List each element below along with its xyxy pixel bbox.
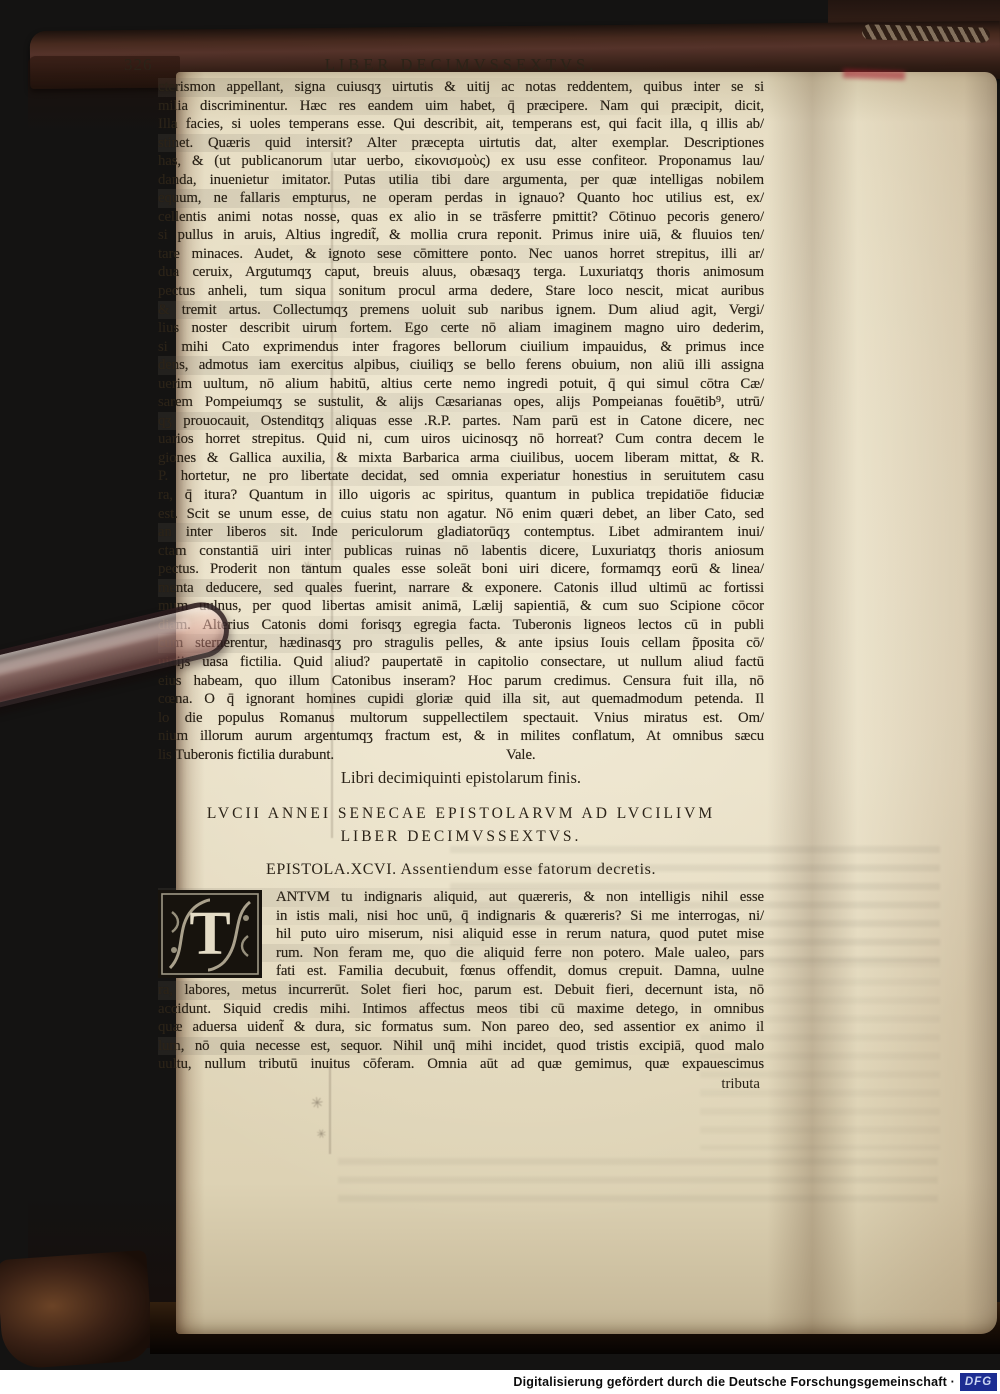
- text-line: lum, nō quia necesse est, sequor. Nihil …: [158, 1037, 764, 1056]
- text-line: milia discriminentur. Hæc res eandem uim…: [158, 97, 764, 116]
- epistola-heading: EPISTOLA.XCVI. Assentiendum esse fatorum…: [158, 860, 764, 880]
- section-title-line2: LIBER DECIMVSSEXTVS.: [158, 825, 764, 848]
- text-line: uultu, nullum tributū inuitus cōferam. O…: [158, 1055, 764, 1074]
- section-title: LVCII ANNEI SENECAE EPISTOLARVM AD LVCIL…: [158, 802, 764, 848]
- initial-letter: T: [189, 900, 230, 968]
- text-line: & tremit artus. Collectumqʒ premens uolu…: [158, 301, 764, 320]
- text-line: accidunt. Siquid credis mihi. Intimos af…: [158, 1000, 764, 1019]
- text-line: est. Scit se unum esse, de cuius statu n…: [158, 505, 764, 524]
- catchword: tributa: [158, 1075, 764, 1093]
- text-line: dens, admotus iam exercitus alpibus, ciu…: [158, 356, 764, 375]
- text-line: mum uulnus, per quod libertas amisit ani…: [158, 597, 764, 616]
- text-line: eius habeam, quo illum Catonibus inseram…: [158, 672, 764, 691]
- book-fifteen-finis: Libri decimiquinti epistolarum finis.: [158, 768, 764, 788]
- text-line: lo die populus Romanus multorum suppelle…: [158, 709, 764, 728]
- text-line: cterismon appellant, signa cuiusqʒ uirtu…: [158, 78, 764, 97]
- text-line: diam. Alterius Catonis domi forisqʒ egre…: [158, 616, 764, 635]
- text-line: menta deducere, sed quales fuerint, narr…: [158, 579, 764, 598]
- text-line: sarem Pompeiumqʒ se sustulit, & alijs Cæ…: [158, 393, 764, 412]
- text-line: ctam constantiā uiri inter publicas ruin…: [158, 542, 764, 561]
- book-cover-bottom-left-corner: [0, 1250, 154, 1370]
- digitized-book-scan: 326 LIBER DECIMVSSEXTVS. cterismon appel…: [0, 0, 1000, 1394]
- text-line: ra, q̄ itura? Quantum in illo uigoris ac…: [158, 486, 764, 505]
- page-number: 326: [124, 55, 153, 75]
- printed-text-area: 326 LIBER DECIMVSSEXTVS. cterismon appel…: [158, 52, 764, 1093]
- marginalia-mark: [310, 1093, 325, 1114]
- epistle-96-text: T ANTVM tu indignaris aliquid, aut quære…: [158, 888, 764, 1073]
- text-line: Illa facies, si uoles temperans esse. Qu…: [158, 115, 764, 134]
- text-line: equum, ne fallaris empturus, ne operam p…: [158, 189, 764, 208]
- text-line: uarios horret strepitus. Quid ni, cum ui…: [158, 430, 764, 449]
- text-line: dua ceruix, Argutumqʒ caput, breuis aluu…: [158, 263, 764, 282]
- text-line: lius noster describit uirum fortem. Ego …: [158, 319, 764, 338]
- text-line: pectus anheli, tum siqua sonitum procul …: [158, 282, 764, 301]
- text-line: has, & (ut publicanorum utar uerbo, εἰκο…: [158, 152, 764, 171]
- epistle-full-lines: ra, labores, metus incurrerūt. Solet fie…: [158, 981, 764, 1074]
- digitization-credit-bar: Digitalisierung gefördert durch die Deut…: [0, 1370, 1000, 1394]
- page-header: 326 LIBER DECIMVSSEXTVS.: [158, 52, 764, 78]
- text-line: danda, inuenietur imitator. Putas utilia…: [158, 171, 764, 190]
- text-line: cellentis animi notas nosse, quas ex ali…: [158, 208, 764, 227]
- text-line: ra, labores, metus incurrerūt. Solet fie…: [158, 981, 764, 1000]
- text-line: qʒ prouocauit, Ostenditqʒ aliquas esse .…: [158, 412, 764, 431]
- text-line: uiuijs uasa fictilia. Quid aliud? pauper…: [158, 653, 764, 672]
- text-line: pectus. Proderit non tantum quales esse …: [158, 560, 764, 579]
- text-line: an inter liberos sit. Inde periculorum g…: [158, 523, 764, 542]
- text-line: cum sternerentur, hædinasqʒ pro straguli…: [158, 634, 764, 653]
- body-last-line: lis Tuberonis fictilia durabunt. Vale.: [158, 746, 764, 765]
- woodcut-initial-T: T: [158, 890, 262, 978]
- last-line-text: lis Tuberonis fictilia durabunt.: [158, 746, 334, 765]
- running-title: LIBER DECIMVSSEXTVS.: [158, 52, 764, 75]
- body-text-lines: cterismon appellant, signa cuiusqʒ uirtu…: [158, 78, 764, 746]
- vale-text: Vale.: [506, 746, 536, 765]
- text-line: si pullus in aruis, Altius ingredit̃, & …: [158, 226, 764, 245]
- text-line: quæ aduersa uident̃ & dura, sic formatus…: [158, 1018, 764, 1037]
- dfg-logo: DFG: [960, 1373, 997, 1391]
- text-line: si mihi Cato exprimendus inter fragores …: [158, 338, 764, 357]
- text-line: cœna. O q̄ ignorant homines cupidi glori…: [158, 690, 764, 709]
- section-title-line1: LVCII ANNEI SENECAE EPISTOLARVM AD LVCIL…: [158, 802, 764, 825]
- text-line: P. hortetur, ne pro libertate decidat, s…: [158, 467, 764, 486]
- credit-text: Digitalisierung gefördert durch die Deut…: [513, 1375, 955, 1389]
- text-line: stinet. Quæris quid intersit? Alter præc…: [158, 134, 764, 153]
- text-line: uerim uultum, nō alium habitū, altius ce…: [158, 375, 764, 394]
- text-line: nium illorum aurum argentumqʒ fractum es…: [158, 727, 764, 746]
- text-line: tare minaces. Audet, & ignoto sese cōmit…: [158, 245, 764, 264]
- text-line: giones & Gallica auxilia, & mixta Barbar…: [158, 449, 764, 468]
